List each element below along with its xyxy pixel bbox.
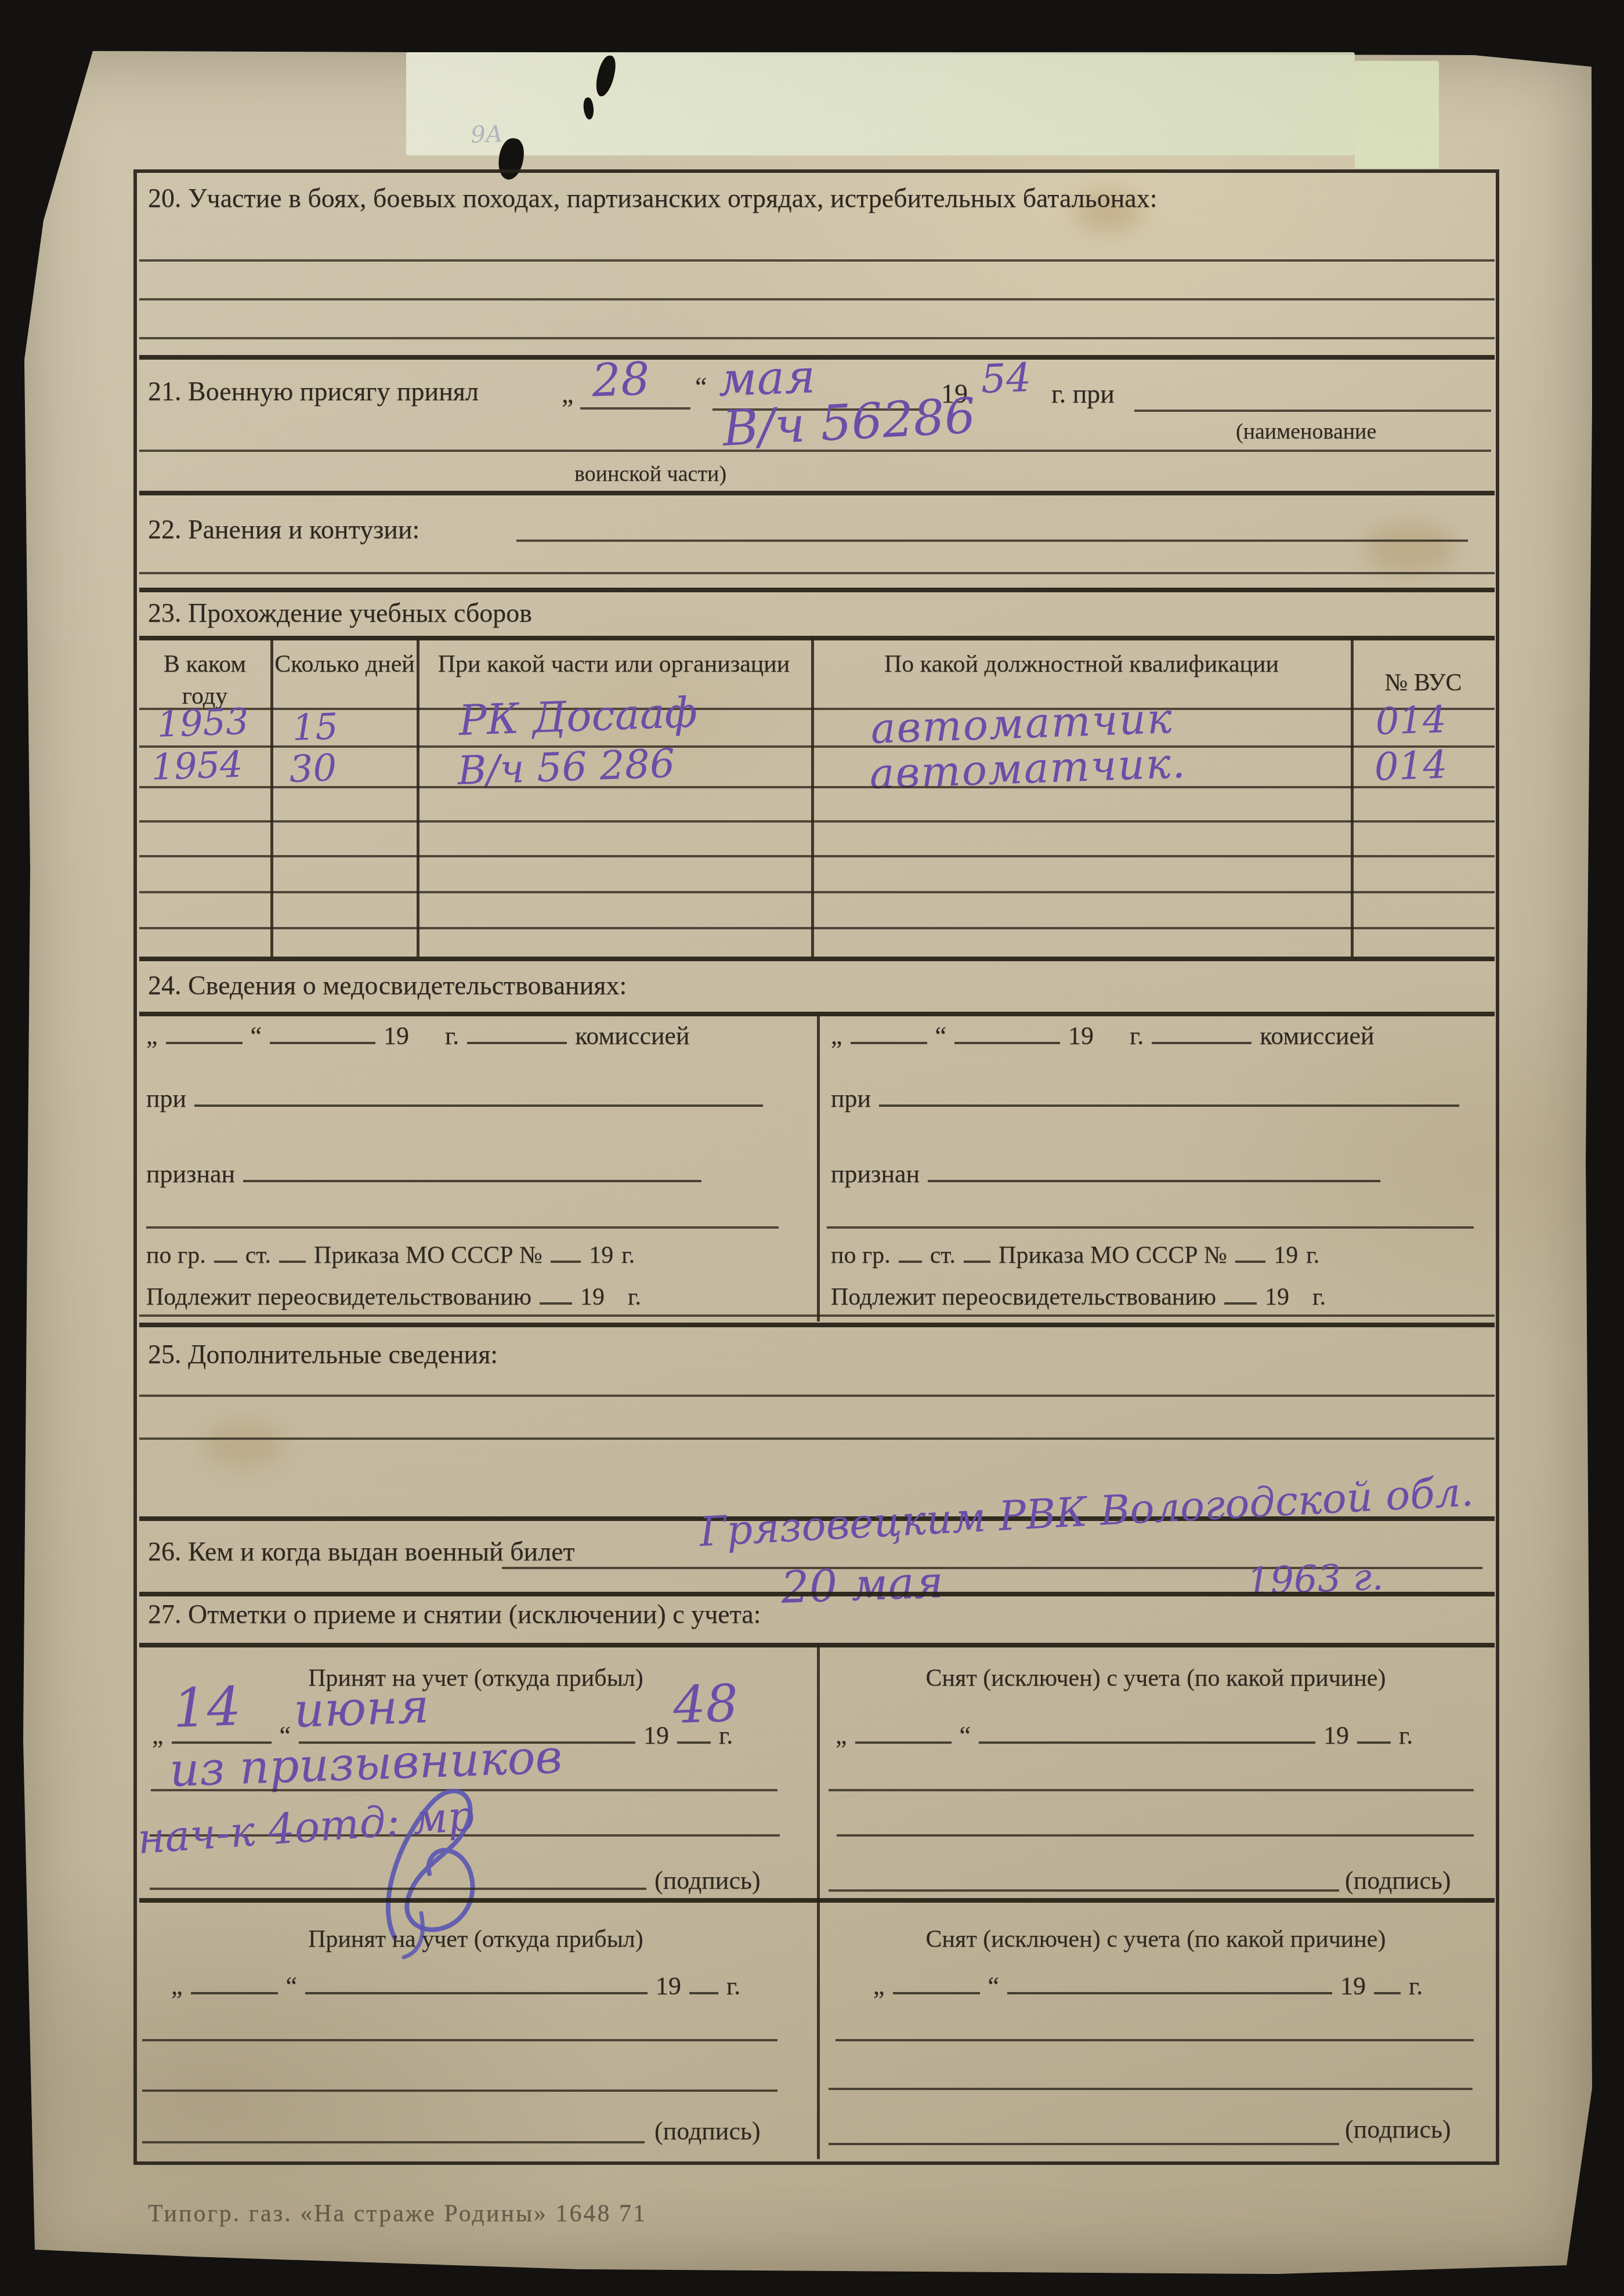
- year-prefix: 19: [1265, 1283, 1289, 1311]
- commission-label: комиссией: [575, 1021, 689, 1051]
- blank-line: [146, 1226, 779, 1229]
- signature-line: [142, 2141, 645, 2143]
- medical-left-recognized-row: признан: [146, 1159, 701, 1189]
- tape-patch-right: [1355, 61, 1439, 168]
- table-row-line: [139, 855, 1495, 857]
- year-prefix: 19: [589, 1241, 613, 1269]
- year-prefix: 19: [1323, 1721, 1349, 1750]
- table-column-divider: [417, 636, 419, 957]
- remove-header-1: Снят (исключен) с учета (по какой причин…: [817, 1663, 1495, 1694]
- col-header-days: Сколько дней: [273, 649, 417, 680]
- commission-label: комиссией: [1260, 1021, 1374, 1051]
- ruled-line: [139, 1314, 1495, 1317]
- accept-header-2: Принят на учет (откуда прибыл): [139, 1924, 812, 1955]
- year-suffix: г.: [1130, 1021, 1144, 1051]
- order-label: Приказа МО СССР №: [314, 1241, 542, 1269]
- row1-unit: РК Досааф: [458, 688, 698, 745]
- section-divider: [139, 355, 1495, 360]
- medical-column-divider: [817, 1012, 820, 1321]
- year-suffix: г.: [628, 1283, 641, 1311]
- row2-days: 30: [288, 747, 337, 791]
- handwriting-issued-date: 20 мая: [780, 1556, 944, 1613]
- section-divider: [139, 491, 1495, 495]
- hint-naimenovanie: (наименование: [1236, 419, 1376, 444]
- close-quote: “: [960, 1721, 971, 1750]
- signature-line: [829, 2143, 1339, 2145]
- year-prefix: 19: [1068, 1021, 1094, 1051]
- section-divider: [139, 588, 1495, 592]
- remove-date-row-1: „“19г.: [835, 1721, 1413, 1750]
- remove-date-row-2: „“19г.: [873, 1971, 1423, 2001]
- col-header-qualification: По какой должностной квалификации: [812, 649, 1351, 680]
- tape-patch: [406, 52, 1355, 155]
- close-quote: “: [286, 1971, 298, 2001]
- year-suffix: г.: [1399, 1721, 1413, 1750]
- year-suffix: г.: [445, 1021, 459, 1051]
- medical-right-order-row: по гр.ст.Приказа МО СССР №19г.: [831, 1241, 1319, 1269]
- medical-left-date-row: „“19г.комиссией: [146, 1021, 690, 1051]
- year-prefix: 19: [1340, 1971, 1366, 2001]
- col-header-vus: № ВУС: [1352, 667, 1495, 699]
- medical-right-date-row: „“19г.комиссией: [831, 1021, 1375, 1051]
- row1-vus: 014: [1375, 698, 1447, 744]
- military-id-scan-page: 9А 20. Участие в боях, боевых походах, п…: [0, 0, 1624, 2296]
- ruled-line: [139, 298, 1495, 300]
- year-prefix: 19: [1274, 1241, 1298, 1269]
- open-quote: „: [171, 1971, 183, 2001]
- medical-left-reexam-row: Подлежит переосвидетельствованию19г.: [146, 1283, 641, 1311]
- ruled-line: [139, 337, 1495, 339]
- item24-label: 24. Сведения о медосвидетельствованиях:: [148, 970, 627, 1001]
- at-label: при: [831, 1084, 871, 1113]
- item26-label: 26. Кем и когда выдан военный билет: [148, 1536, 575, 1567]
- blank-line: [829, 1789, 1474, 1791]
- medical-right-reexam-row: Подлежит переосвидетельствованию19г.: [831, 1283, 1326, 1311]
- registry-row-divider: [139, 1898, 1495, 1903]
- blank-line: [835, 2039, 1474, 2041]
- table-row-line: [139, 820, 1495, 823]
- fill-line-day: [580, 407, 690, 410]
- recognized-label: признан: [146, 1159, 235, 1189]
- blank-line: [142, 2039, 777, 2041]
- year-prefix: 19: [384, 1021, 409, 1051]
- table-column-divider: [270, 636, 273, 957]
- table-row-line: [139, 745, 1495, 748]
- hint-voinskoy-chasti: воинской части): [574, 461, 726, 487]
- close-quote: “: [695, 371, 707, 402]
- order-label: Приказа МО СССР №: [999, 1241, 1227, 1269]
- handwriting-accept-month: июня: [293, 1679, 430, 1739]
- blank-line: [827, 1226, 1474, 1229]
- close-quote: “: [251, 1021, 262, 1051]
- stamp-fragment: 9А: [470, 121, 503, 149]
- handwriting-accept-year: 48: [672, 1673, 739, 1735]
- signature-caption-accept-2: (подпись): [654, 2116, 761, 2146]
- year-suffix: г.: [1312, 1283, 1326, 1311]
- blank-line: [142, 2089, 777, 2092]
- table-column-divider: [1351, 636, 1354, 957]
- open-quote: „: [831, 1021, 842, 1051]
- group-label: по гр.: [831, 1241, 891, 1269]
- medical-right-at-row: при: [831, 1084, 1459, 1113]
- year-prefix: 19: [656, 1971, 681, 2001]
- open-quote: „: [152, 1721, 164, 1750]
- table-column-divider: [811, 636, 814, 957]
- item22-label: 22. Ранения и контузии:: [148, 514, 419, 545]
- item25-label: 25. Дополнительные сведения:: [148, 1339, 498, 1370]
- table-bottom-border: [139, 957, 1495, 961]
- row2-vus: 014: [1373, 743, 1448, 790]
- remove-header-2: Снят (исключен) с учета (по какой причин…: [817, 1924, 1495, 1955]
- table-row-line: [139, 927, 1495, 929]
- signature-caption-accept-1: (подпись): [654, 1866, 761, 1895]
- at-label: при: [146, 1084, 186, 1113]
- ruled-line: [139, 572, 1495, 574]
- section-divider: [139, 1592, 1495, 1596]
- ruled-line: [139, 259, 1495, 262]
- open-quote: „: [146, 1021, 158, 1051]
- handwriting-day: 28: [591, 353, 650, 407]
- table-top-border: [139, 636, 1495, 640]
- close-quote: “: [935, 1021, 947, 1051]
- section-divider: [139, 1323, 1495, 1327]
- item21-pri: г. при: [1051, 378, 1115, 409]
- year-suffix: г.: [726, 1971, 740, 2001]
- medical-right-recognized-row: признан: [831, 1159, 1380, 1189]
- signature-line: [829, 1889, 1339, 1892]
- row1-days: 15: [291, 705, 338, 749]
- article-label: ст.: [245, 1241, 271, 1269]
- year-prefix: 19: [580, 1283, 605, 1311]
- item27-label: 27. Отметки о приеме и снятии (исключени…: [148, 1599, 761, 1629]
- group-label: по гр.: [146, 1241, 206, 1269]
- close-quote: “: [988, 1971, 1000, 2001]
- printer-imprint: Типогр. газ. «На страже Родины» 1648 71: [148, 2200, 647, 2228]
- row1-year: 1953: [156, 700, 249, 745]
- row2-year: 1954: [150, 743, 243, 788]
- signature-caption-remove-2: (подпись): [1345, 2114, 1451, 2144]
- recognized-label: признан: [831, 1159, 920, 1189]
- handwriting-accept-day: 14: [172, 1675, 242, 1740]
- year-prefix: 19: [643, 1721, 669, 1750]
- reexam-label: Подлежит переосвидетельствованию: [831, 1283, 1216, 1311]
- year-suffix: г.: [1306, 1241, 1319, 1269]
- signature-caption-remove-1: (подпись): [1345, 1866, 1451, 1895]
- article-label: ст.: [930, 1241, 956, 1269]
- handwriting-year: 54: [980, 355, 1032, 403]
- fill-line: [516, 539, 1468, 542]
- medical-left-at-row: при: [146, 1084, 763, 1113]
- ruled-line: [139, 1437, 1495, 1440]
- item21-label: 21. Военную присягу принял: [148, 376, 479, 407]
- blank-line: [837, 1834, 1474, 1837]
- item23-label: 23. Прохождение учебных сборов: [148, 597, 532, 628]
- fill-line-unit: [1134, 410, 1491, 412]
- open-quote: „: [562, 378, 573, 409]
- ruled-line: [139, 1395, 1495, 1397]
- medical-left-order-row: по гр.ст.Приказа МО СССР №19г.: [146, 1241, 635, 1269]
- item20-label: 20. Участие в боях, боевых походах, парт…: [148, 183, 1158, 213]
- reexam-label: Подлежит переосвидетельствованию: [146, 1283, 531, 1311]
- open-quote: „: [873, 1971, 885, 2001]
- open-quote: „: [835, 1721, 847, 1750]
- ruled-line: [139, 450, 1491, 452]
- year-suffix: г.: [1409, 1971, 1423, 2001]
- blank-line: [829, 2088, 1473, 2090]
- signature-line: [150, 1888, 646, 1890]
- accept-date-row-2: „“19г.: [171, 1971, 740, 2001]
- table-row-line: [139, 891, 1495, 893]
- table-row-line: [139, 786, 1495, 788]
- year-suffix: г.: [621, 1241, 635, 1269]
- header-underline: [139, 708, 1495, 710]
- col-header-unit: При какой части или организации: [417, 649, 811, 680]
